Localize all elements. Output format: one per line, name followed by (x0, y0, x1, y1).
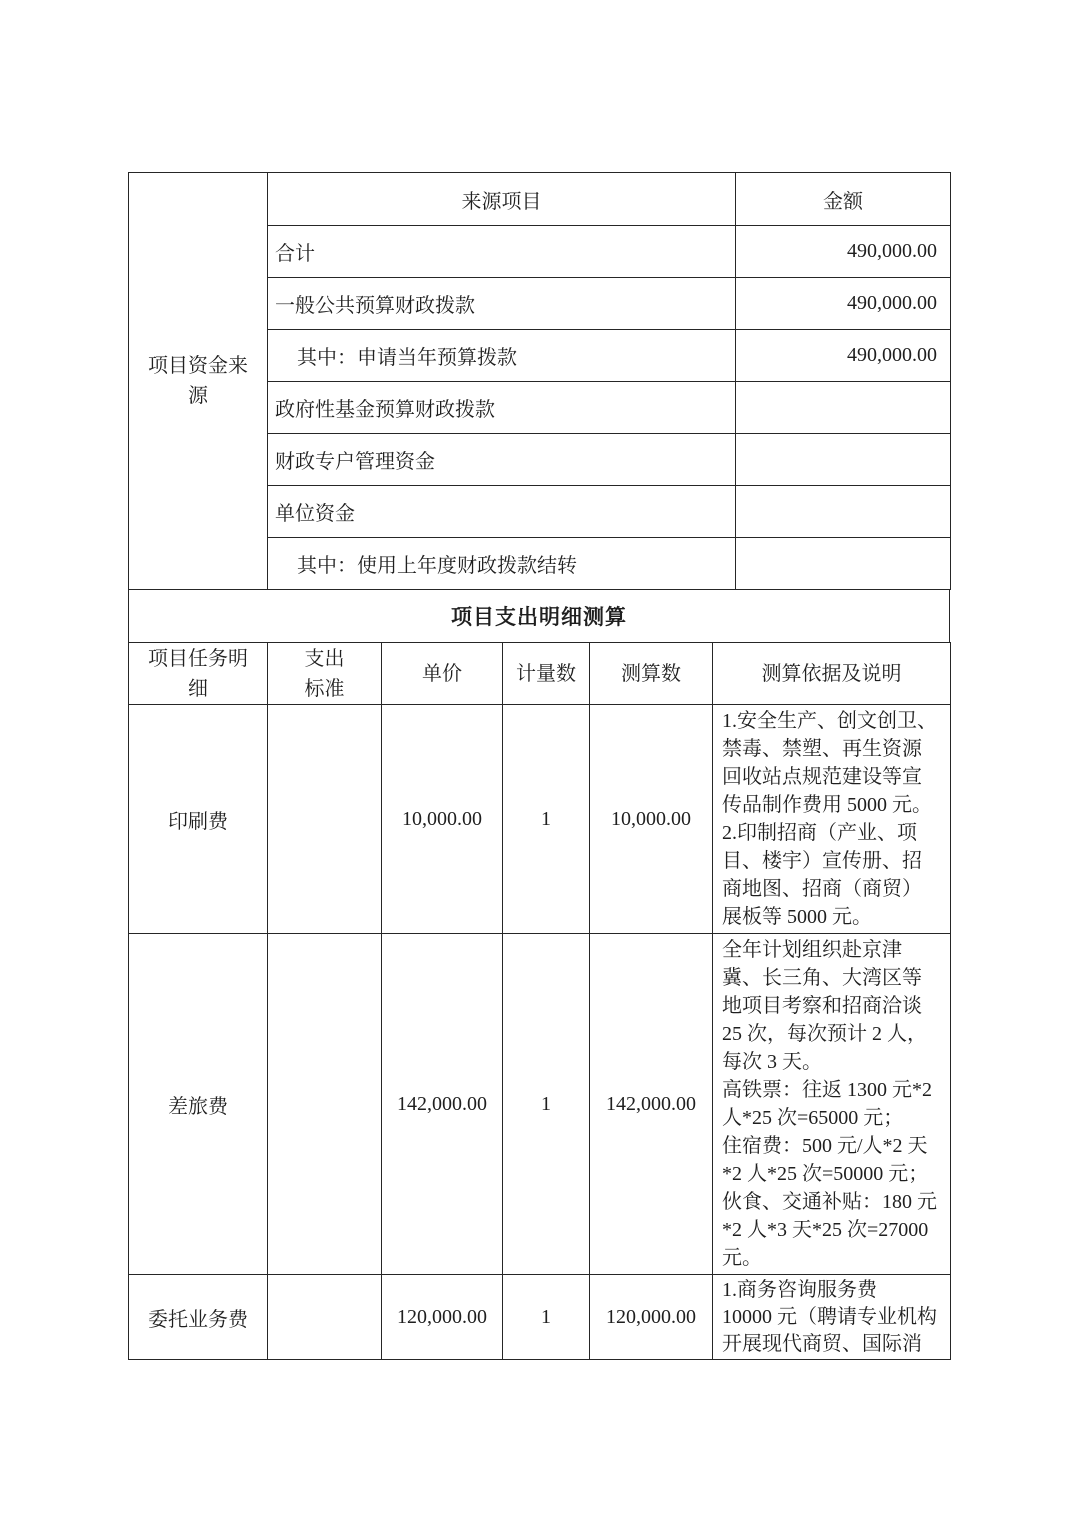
funding-col-amount: 金额 (736, 173, 951, 226)
funding-row-amount (736, 486, 951, 538)
funding-row-label: 财政专户管理资金 (268, 434, 736, 486)
funding-col-source: 来源项目 (268, 173, 736, 226)
expense-col-quantity: 计量数 (503, 643, 590, 705)
expense-unit-price: 120,000.00 (382, 1275, 503, 1360)
funding-row-amount (736, 538, 951, 590)
expense-col-basis: 测算依据及说明 (713, 643, 951, 705)
funding-row-label: 单位资金 (268, 486, 736, 538)
expense-quantity: 1 (503, 1275, 590, 1360)
expense-standard (268, 1275, 382, 1360)
funding-row-amount (736, 382, 951, 434)
expense-standard (268, 705, 382, 934)
budget-document: 项目资金来源 来源项目 金额 合计 490,000.00 一般公共预算财政拨款 … (128, 172, 950, 1360)
funding-row-amount: 490,000.00 (736, 278, 951, 330)
expense-basis-cell: 全年计划组织赴京津冀、长三角、大湾区等地项目考察和招商洽谈 25 次，每次预计 … (713, 934, 951, 1275)
funding-merged-label: 项目资金来源 (146, 351, 250, 411)
funding-row-label: 一般公共预算财政拨款 (268, 278, 736, 330)
funding-row-amount: 490,000.00 (736, 330, 951, 382)
expense-basis-cell: 1.安全生产、创文创卫、禁毒、禁塑、再生资源回收站点规范建设等宣传品制作费用 5… (713, 705, 951, 934)
expense-table: 项目任务明细 支出标准 单价 计量数 测算数 测算依据及说明 印刷费 10,00… (128, 642, 951, 1360)
expense-col-standard: 支出标准 (268, 643, 382, 705)
expense-task: 委托业务费 (129, 1275, 268, 1360)
funding-row-amount: 490,000.00 (736, 226, 951, 278)
expense-unit-price: 10,000.00 (382, 705, 503, 934)
section-title-bar: 项目支出明细测算 (128, 590, 950, 642)
funding-table: 项目资金来源 来源项目 金额 合计 490,000.00 一般公共预算财政拨款 … (128, 172, 951, 590)
funding-row-label: 合计 (268, 226, 736, 278)
expense-col-estimate: 测算数 (590, 643, 713, 705)
expense-quantity: 1 (503, 934, 590, 1275)
expense-estimate: 120,000.00 (590, 1275, 713, 1360)
funding-row-amount (736, 434, 951, 486)
expense-basis: 全年计划组织赴京津冀、长三角、大湾区等地项目考察和招商洽谈 25 次，每次预计 … (722, 936, 939, 1272)
expense-col-task: 项目任务明细 (129, 643, 268, 705)
funding-merged-label-cell: 项目资金来源 (129, 173, 268, 590)
funding-row-label: 政府性基金预算财政拨款 (268, 382, 736, 434)
expense-col-task-label: 项目任务明细 (146, 644, 250, 704)
expense-task: 印刷费 (129, 705, 268, 934)
funding-row-label: 其中：申请当年预算拨款 (268, 330, 736, 382)
expense-row-printing: 印刷费 10,000.00 1 10,000.00 1.安全生产、创文创卫、禁毒… (129, 705, 951, 934)
expense-row-entrusted-services: 委托业务费 120,000.00 1 120,000.00 1.商务咨询服务费 … (129, 1275, 951, 1360)
funding-header-row: 项目资金来源 来源项目 金额 (129, 173, 951, 226)
expense-unit-price: 142,000.00 (382, 934, 503, 1275)
expense-estimate: 10,000.00 (590, 705, 713, 934)
expense-basis: 1.安全生产、创文创卫、禁毒、禁塑、再生资源回收站点规范建设等宣传品制作费用 5… (722, 707, 939, 931)
expense-col-unit-price: 单价 (382, 643, 503, 705)
expense-estimate: 142,000.00 (590, 934, 713, 1275)
expense-standard (268, 934, 382, 1275)
section-title: 项目支出明细测算 (451, 601, 627, 631)
expense-task: 差旅费 (129, 934, 268, 1275)
expense-quantity: 1 (503, 705, 590, 934)
expense-row-travel: 差旅费 142,000.00 1 142,000.00 全年计划组织赴京津冀、长… (129, 934, 951, 1275)
expense-basis: 1.商务咨询服务费 10000 元（聘请专业机构开展现代商贸、国际消 (722, 1277, 939, 1357)
expense-col-standard-label: 支出标准 (303, 644, 347, 704)
expense-header-row: 项目任务明细 支出标准 单价 计量数 测算数 测算依据及说明 (129, 643, 951, 705)
funding-row-label: 其中：使用上年度财政拨款结转 (268, 538, 736, 590)
expense-basis-cell: 1.商务咨询服务费 10000 元（聘请专业机构开展现代商贸、国际消 (713, 1275, 951, 1360)
